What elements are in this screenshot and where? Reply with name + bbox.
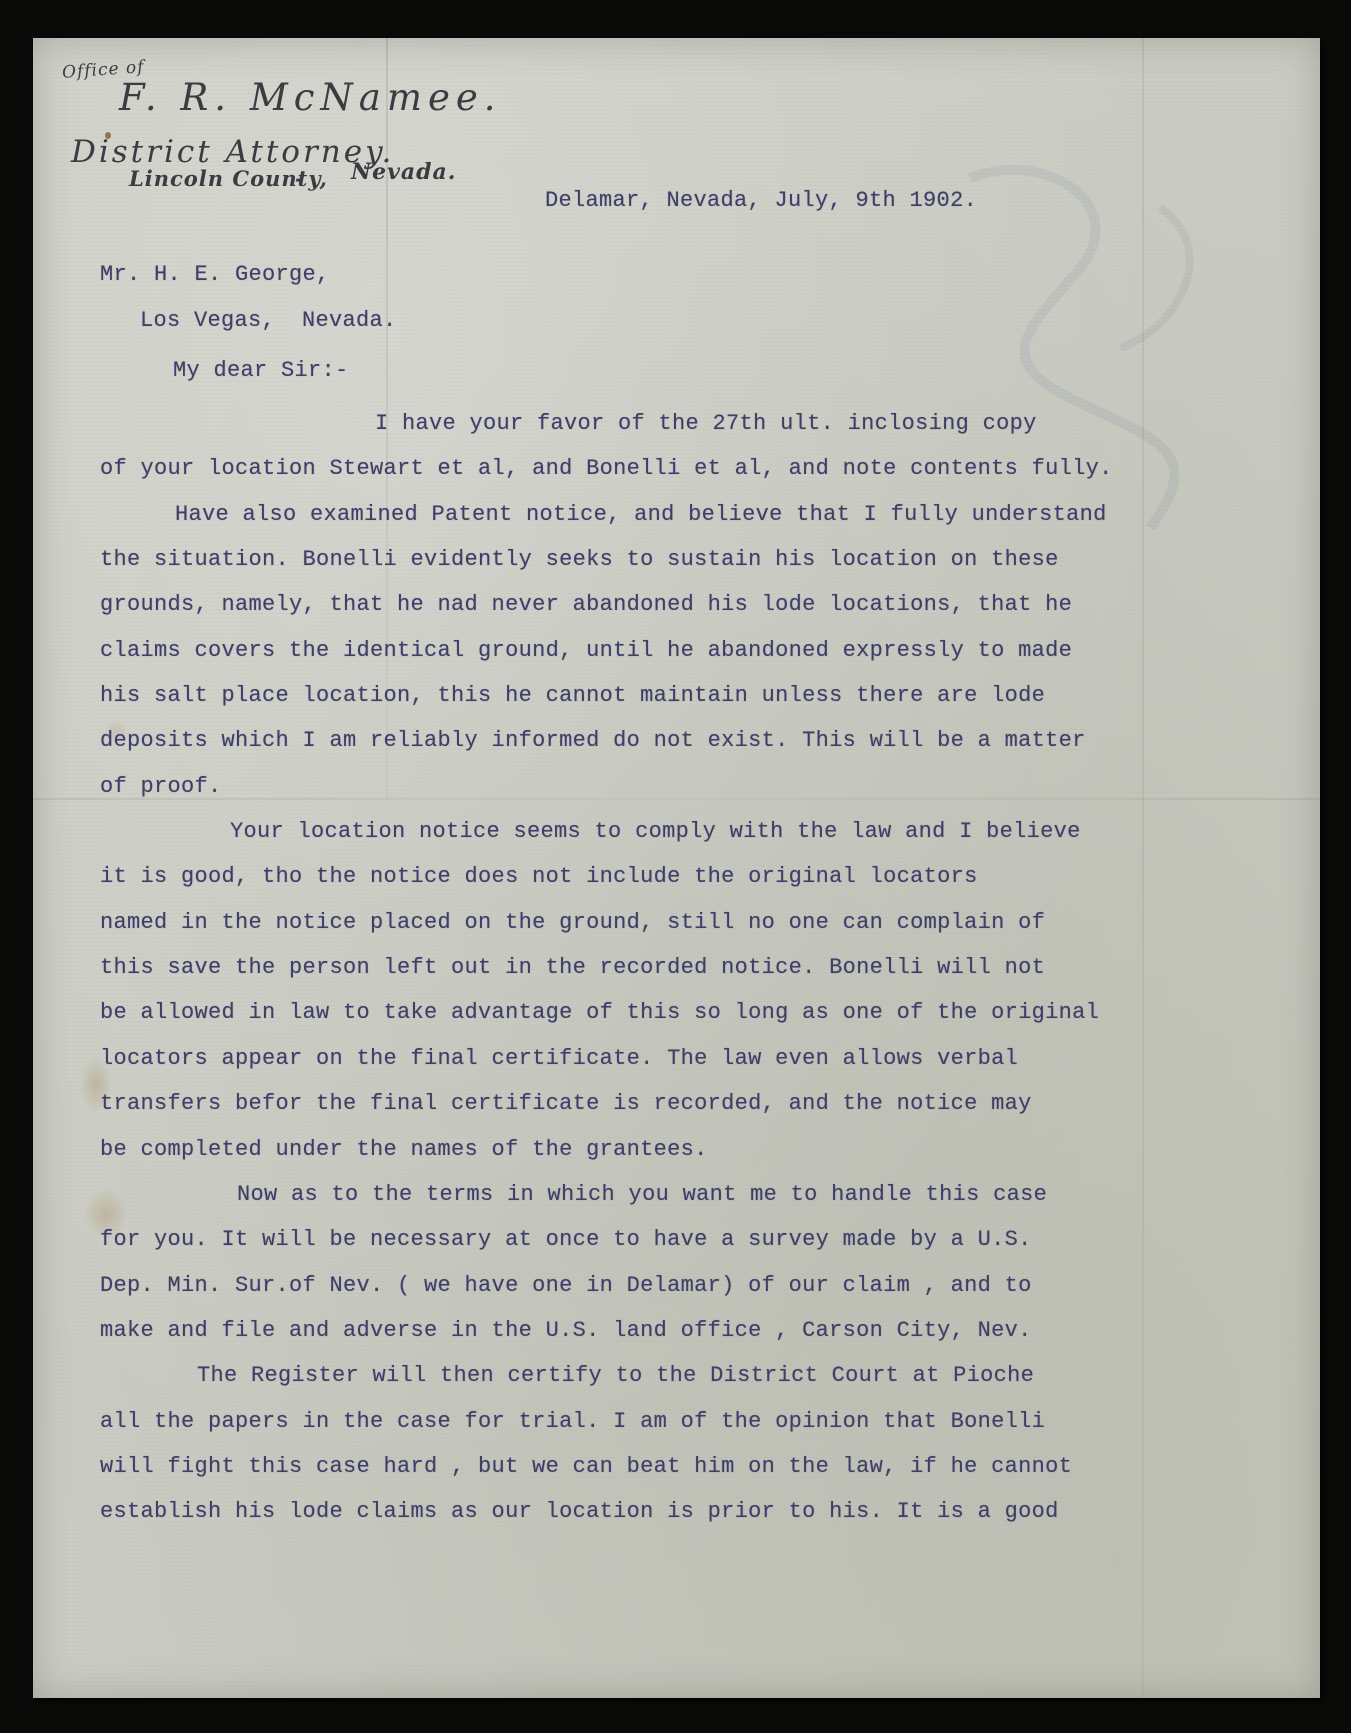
letter-line: the situation. Bonelli evidently seeks t…: [100, 537, 1280, 582]
letterhead-dash: -: [295, 166, 304, 191]
letterhead-state: Nevada.: [351, 159, 456, 185]
letter-line: establish his lode claims as our locatio…: [100, 1489, 1280, 1534]
letterhead-title: District Attorney.: [71, 134, 394, 170]
scan-background: { "colors": { "background": "#0a0a09", "…: [0, 0, 1351, 1733]
letter-line: it is good, tho the notice does not incl…: [100, 854, 1280, 899]
letter-page: Office of F. R. McNamee. District Attorn…: [33, 38, 1320, 1698]
letter-line: Have also examined Patent notice, and be…: [175, 492, 1280, 537]
letter-line: be completed under the names of the gran…: [100, 1127, 1280, 1172]
letter-line: The Register will then certify to the Di…: [197, 1353, 1280, 1398]
letter-line: will fight this case hard , but we can b…: [100, 1444, 1280, 1489]
letter-line: deposits which I am reliably informed do…: [100, 718, 1280, 763]
recipient-name: Mr. H. E. George,: [100, 262, 330, 287]
letter-line: Now as to the terms in which you want me…: [237, 1172, 1280, 1217]
letter-line: grounds, namely, that he nad never aband…: [100, 582, 1280, 627]
letter-line: make and file and adverse in the U.S. la…: [100, 1308, 1280, 1353]
letter-line: of proof.: [100, 764, 1280, 809]
letter-line: of your location Stewart et al, and Bone…: [100, 446, 1280, 491]
letterhead-name: F. R. McNamee.: [119, 76, 502, 119]
letter-line: his salt place location, this he cannot …: [100, 673, 1280, 718]
letter-line: Dep. Min. Sur.of Nev. ( we have one in D…: [100, 1263, 1280, 1308]
recipient-city: Los Vegas, Nevada.: [140, 308, 397, 333]
letter-line: all the papers in the case for trial. I …: [100, 1399, 1280, 1444]
letter-line: Your location notice seems to comply wit…: [230, 809, 1280, 854]
letter-body: I have your favor of the 27th ult. inclo…: [100, 401, 1280, 1535]
letter-line: be allowed in law to take advantage of t…: [100, 990, 1280, 1035]
letter-line: this save the person left out in the rec…: [100, 945, 1280, 990]
letter-line: transfers befor the final certificate is…: [100, 1081, 1280, 1126]
letter-line: I have your favor of the 27th ult. inclo…: [375, 401, 1280, 446]
dateline: Delamar, Nevada, July, 9th 1902.: [545, 188, 977, 213]
letter-line: named in the notice placed on the ground…: [100, 900, 1280, 945]
letter-line: locators appear on the final certificate…: [100, 1036, 1280, 1081]
letter-line: claims covers the identical ground, unti…: [100, 628, 1280, 673]
letter-line: for you. It will be necessary at once to…: [100, 1217, 1280, 1262]
salutation: My dear Sir:-: [173, 358, 349, 383]
